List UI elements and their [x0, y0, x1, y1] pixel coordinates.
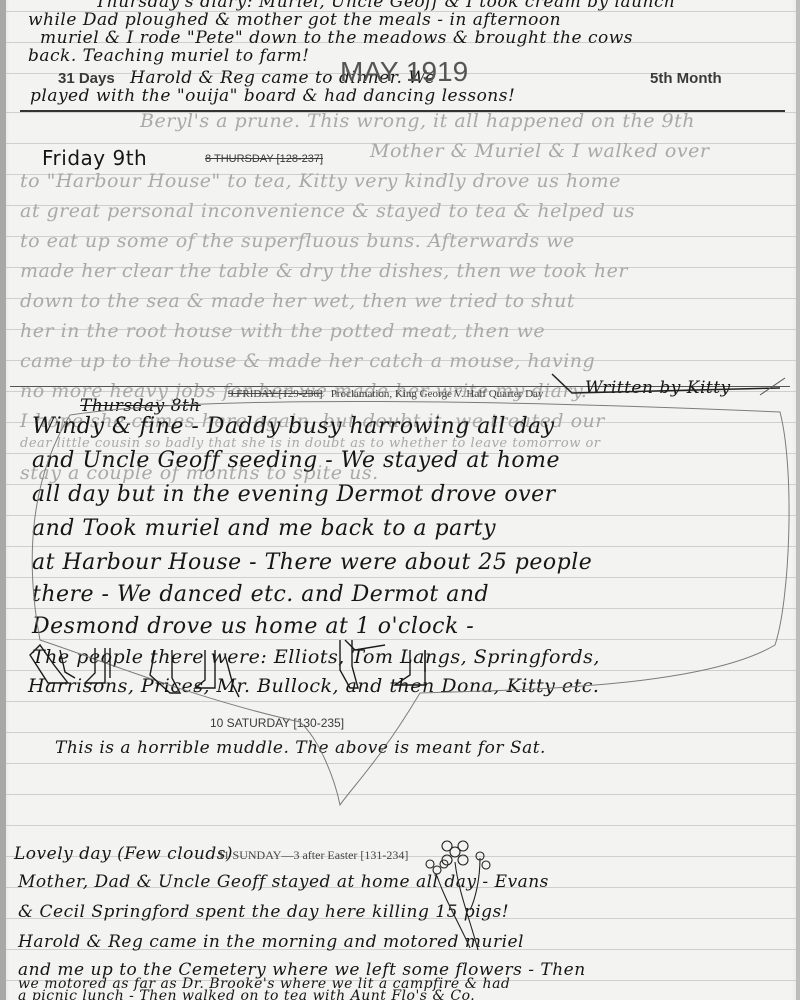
- entry-line: all day but in the evening Dermot drove …: [32, 482, 556, 507]
- month-number: 5th Month: [650, 70, 722, 87]
- entry-line: came up to the house & made her catch a …: [20, 350, 595, 372]
- printed-date: 8 THURSDAY [128-237]: [205, 153, 323, 165]
- entry-line: a picnic lunch - Then walked on to tea w…: [18, 988, 475, 1000]
- entry-line: Mother, Dad & Uncle Geoff stayed at home…: [18, 872, 549, 892]
- printed-note: Proclamation, King George V. Half Quarte…: [331, 388, 544, 400]
- continuation-line: muriel & I rode "Pete" down to the meado…: [40, 28, 633, 48]
- attribution: Written by Kitty: [585, 378, 731, 398]
- printed-date: 10 SATURDAY [130-235]: [210, 716, 344, 730]
- binding-edge: [0, 0, 6, 1000]
- printed-date: 9 FRIDAY [129-236]: [228, 388, 323, 400]
- month-title: MAY 1919: [340, 56, 468, 88]
- entry-line: made her clear the table & dry the dishe…: [20, 260, 628, 282]
- continuation-line: played with the "ouija" board & had danc…: [30, 86, 515, 106]
- printed-date-note: 9 FRIDAY [129-236] Proclamation, King Ge…: [228, 388, 543, 400]
- entry-line: Mother & Muriel & I walked over: [370, 140, 709, 162]
- continuation-line: back. Teaching muriel to farm!: [28, 46, 310, 66]
- printed-date: 11 SUNDAY—3 after Easter [131-234]: [218, 848, 408, 863]
- entry-line: to eat up some of the superfluous buns. …: [20, 230, 575, 252]
- entry-line: The people there were: Elliots, Tom Lang…: [32, 646, 600, 668]
- diary-page: Thursday's diary: Muriel, Uncle Geoff & …: [0, 0, 800, 1000]
- entry-line: Windy & fine - Daddy busy harrowing all …: [32, 414, 555, 439]
- entry-line: and Uncle Geoff seeding - We stayed at h…: [32, 448, 560, 473]
- entry-line: there - We danced etc. and Dermot and: [32, 582, 489, 607]
- entry-line: at great personal inconvenience & stayed…: [20, 200, 635, 222]
- handwritten-day-struck: Thursday 8th: [80, 396, 201, 416]
- entry-line: down to the sea & made her wet, then we …: [20, 290, 575, 312]
- days-in-month: 31 Days: [58, 70, 115, 87]
- entry-line: Harold & Reg came in the morning and mot…: [18, 932, 524, 952]
- entry-line: This is a horrible muddle. The above is …: [55, 738, 546, 758]
- entry-line: Desmond drove us home at 1 o'clock -: [32, 614, 474, 639]
- entry-line: her in the root house with the potted me…: [20, 320, 545, 342]
- handwritten-day-label: Friday 9th: [42, 146, 147, 170]
- entry-line: to "Harbour House" to tea, Kitty very ki…: [20, 170, 621, 192]
- entry-line: and Took muriel and me back to a party: [32, 516, 496, 541]
- weather-note: Lovely day (Few clouds): [14, 844, 233, 864]
- continuation-line: while Dad ploughed & mother got the meal…: [28, 10, 561, 30]
- page-edge: [796, 0, 800, 1000]
- side-note: Beryl's a prune. This wrong, it all happ…: [140, 110, 695, 132]
- entry-line: & Cecil Springford spent the day here ki…: [18, 902, 509, 922]
- entry-line: at Harbour House - There were about 25 p…: [32, 550, 592, 575]
- entry-line: Harrisons, Prices, Mr. Bullock, and then…: [28, 675, 599, 697]
